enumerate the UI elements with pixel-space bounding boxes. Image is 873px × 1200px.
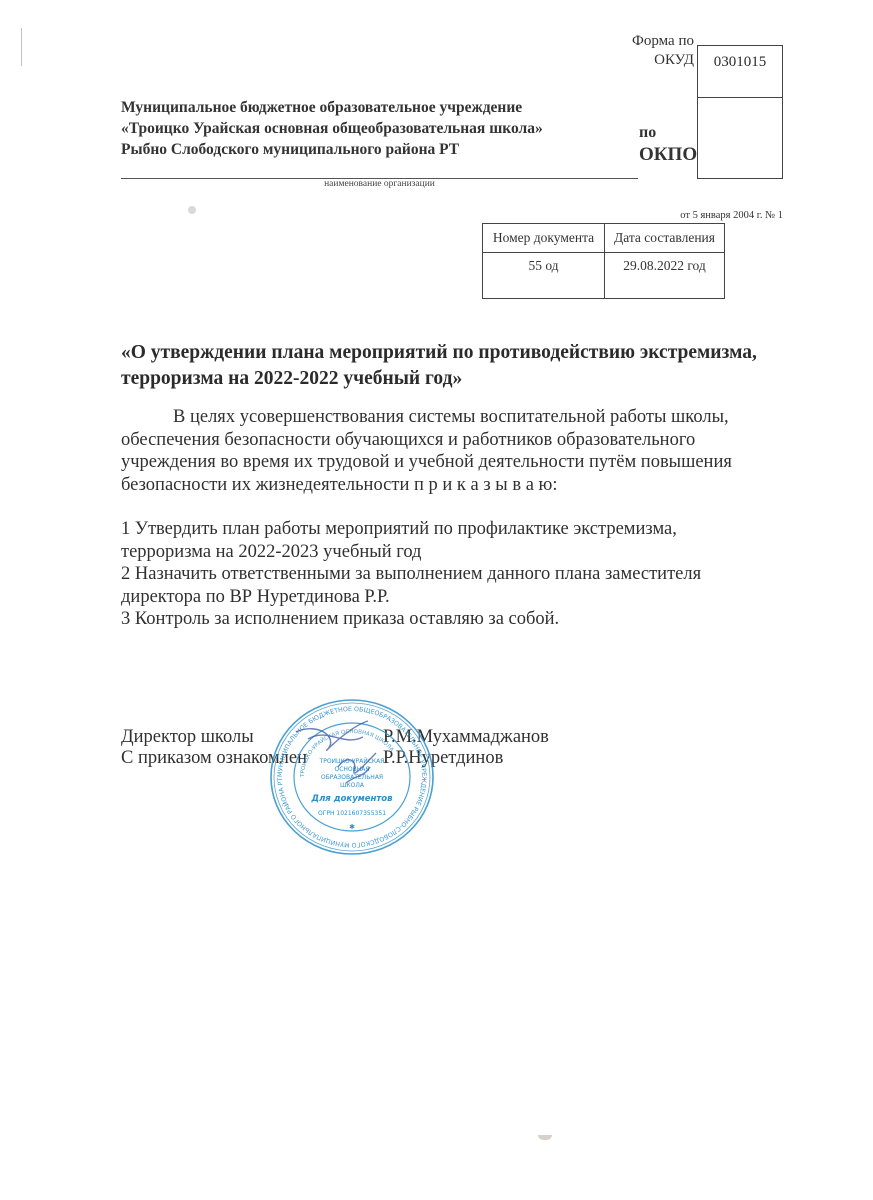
okpo-label-prefix: по — [639, 124, 656, 141]
table-header-row: Номер документа Дата составления — [483, 224, 725, 253]
org-line-2: «Троицко Урайская основная общеобразоват… — [121, 118, 543, 139]
svg-text:ТРОИЦКО-УРАЙСКАЯ: ТРОИЦКО-УРАЙСКАЯ — [319, 758, 385, 765]
okud-code: 0301015 — [698, 46, 782, 98]
scan-artifact — [21, 28, 22, 66]
svg-text:Для документов: Для документов — [311, 794, 394, 804]
form-reference: от 5 января 2004 г. № 1 — [600, 210, 783, 221]
official-stamp-icon: МУНИЦИПАЛЬНОЕ БЮДЖЕТНОЕ ОБЩЕОБРАЗОВАТЕЛЬ… — [268, 697, 436, 857]
svg-text:ОГРН 1021607355351: ОГРН 1021607355351 — [318, 810, 386, 817]
order-items: 1 Утвердить план работы мероприятий по п… — [121, 518, 801, 631]
okpo-label: по ОКПО — [639, 122, 697, 166]
doc-date-value: 29.08.2022 год — [605, 253, 725, 299]
svg-text:✱: ✱ — [349, 823, 355, 831]
org-line-3: Рыбно Слободского муниципального района … — [121, 139, 543, 160]
preamble-line-1: В целях усовершенствования системы воспи… — [121, 406, 801, 429]
okud-label: Форма по ОКУД — [612, 32, 694, 70]
svg-text:ШКОЛА: ШКОЛА — [340, 782, 365, 789]
order-title: «О утверждении плана мероприятий по прот… — [121, 340, 801, 392]
okpo-label-main: ОКПО — [639, 144, 697, 166]
signature-role: Директор школы — [121, 727, 254, 748]
doc-number-value: 55 од — [483, 253, 605, 299]
form-codes-box: 0301015 — [697, 45, 783, 179]
svg-text:ОСНОВНАЯ: ОСНОВНАЯ — [334, 766, 369, 773]
organization-name: Муниципальное бюджетное образовательное … — [121, 97, 543, 160]
title-line-2: терроризма на 2022-2022 учебный год» — [121, 366, 801, 392]
preamble-line-3: учреждения во время их трудовой и учебно… — [121, 451, 801, 474]
org-caption: наименование организации — [121, 179, 638, 189]
doc-date-header: Дата составления — [605, 224, 725, 253]
list-item: 3 Контроль за исполнением приказа оставл… — [121, 608, 801, 631]
list-item-cont: терроризма на 2022-2023 учебный год — [121, 541, 801, 564]
preamble-line-2: обеспечения безопасности обучающихся и р… — [121, 429, 801, 452]
scan-speck — [188, 206, 196, 214]
document-info-table: Номер документа Дата составления 55 од 2… — [482, 223, 725, 299]
scan-speck — [538, 1135, 552, 1140]
org-line-1: Муниципальное бюджетное образовательное … — [121, 97, 543, 118]
list-item: 1 Утвердить план работы мероприятий по п… — [121, 518, 801, 541]
list-item-cont: директора по ВР Нуретдинова Р.Р. — [121, 586, 801, 609]
title-line-1: «О утверждении плана мероприятий по прот… — [121, 340, 801, 366]
preamble: В целях усовершенствования системы воспи… — [121, 406, 801, 496]
list-item: 2 Назначить ответственными за выполнение… — [121, 563, 801, 586]
okpo-code — [698, 98, 782, 178]
doc-number-header: Номер документа — [483, 224, 605, 253]
preamble-line-4: безопасности их жизнедеятельности п р и … — [121, 474, 801, 497]
table-row: 55 од 29.08.2022 год — [483, 253, 725, 299]
